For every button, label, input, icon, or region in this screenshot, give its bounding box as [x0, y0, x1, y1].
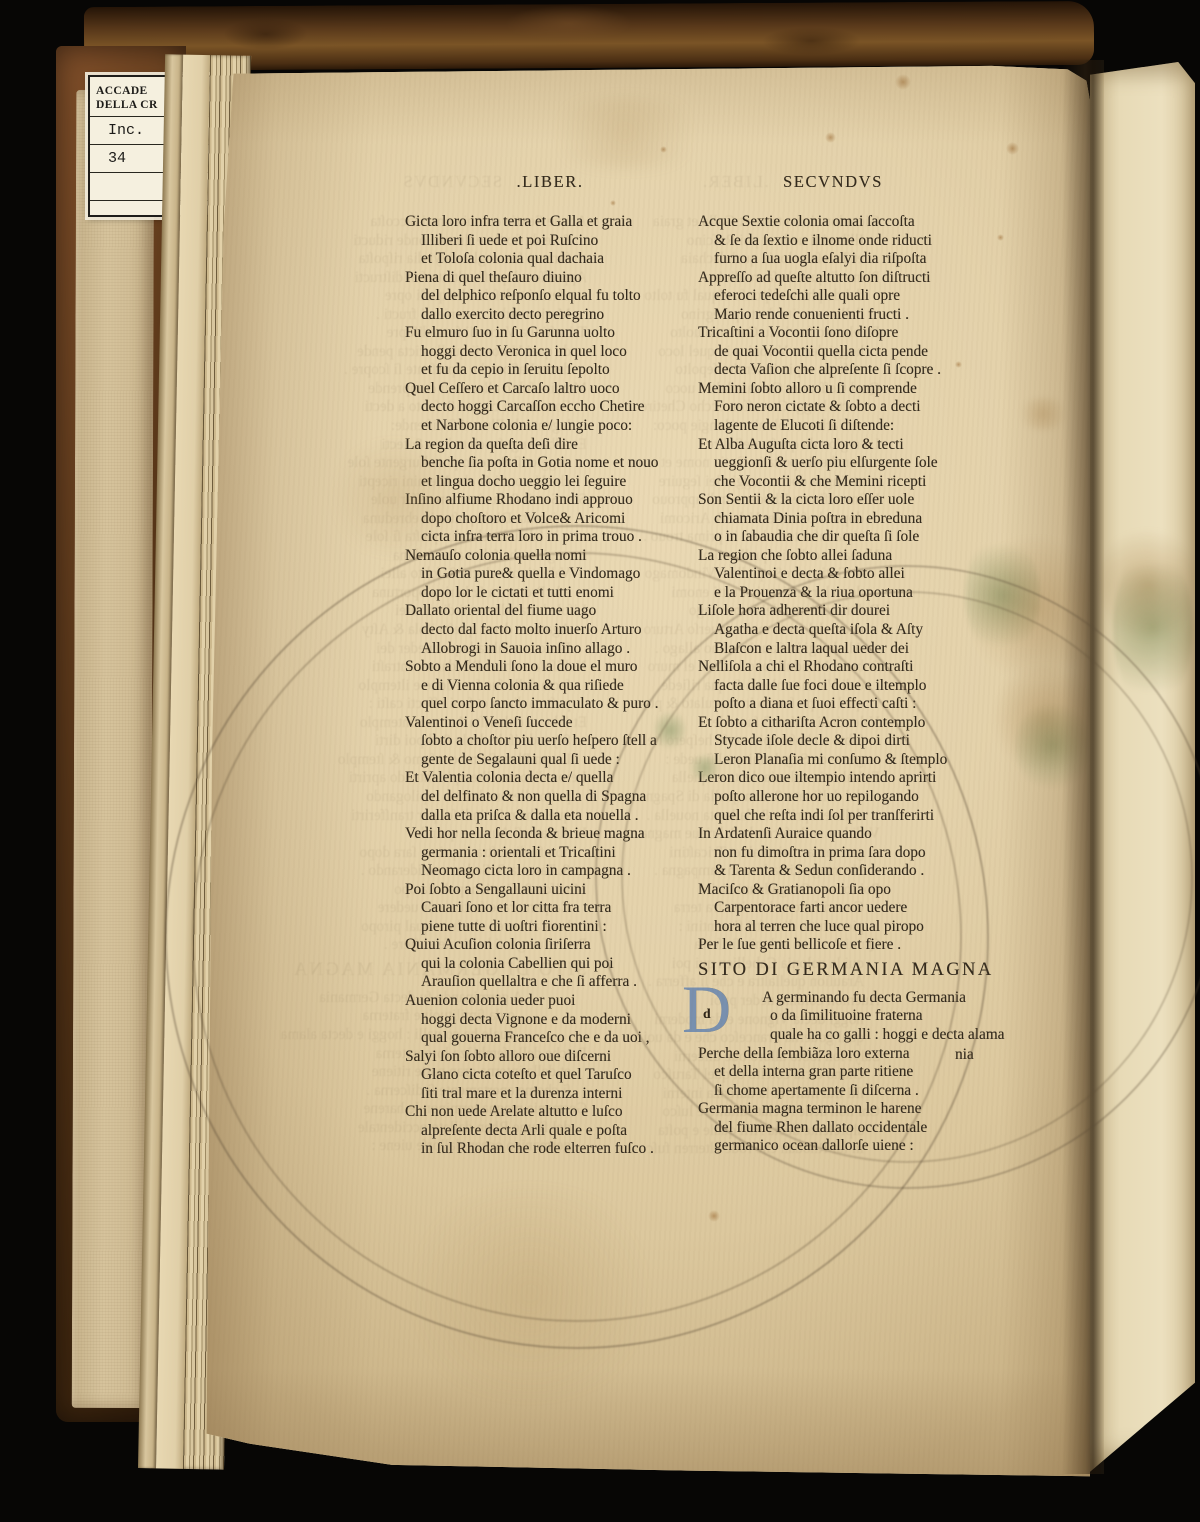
verse-line: et lingua docho ueggio lei ſeguire [405, 473, 685, 492]
verse-line: Acque Sextie colonia omai ſaccoſta [698, 213, 998, 232]
next-leaf [1090, 62, 1195, 1476]
verse-line: ſi chome apertamente ſi diſcerna . [698, 1082, 998, 1101]
verse-line: quel che reſta indi ſol per tranſferirti [698, 807, 998, 826]
verse-block: Acque Sextie colonia omai ſaccoſta& ſe d… [698, 213, 998, 955]
text-column-left: Gicta loro infra terra et Galla et graia… [405, 213, 685, 1159]
verse-line: poſto allerone hor uo repilogando [698, 788, 998, 807]
verse-line: et Narbone colonia e/ lungie poco: [405, 417, 685, 436]
flyleaf [72, 90, 155, 1408]
verse-line: Auenion colonia ueder puoi [405, 992, 685, 1011]
verse-line: qui la colonia Cabellien qui poi [405, 955, 685, 974]
verse-line: Inſino alfiume Rhodano indi approuo [405, 491, 685, 510]
verse-line: quale ha co galli : hoggi e decta alama [698, 1026, 998, 1045]
verse-line: benche ſia poſta in Gotia nome et nouo [405, 454, 685, 473]
verse-line: La region che ſobto allei ſaduna [698, 547, 998, 566]
verse-line: Et Alba Auguſta cicta loro & tecti [698, 436, 998, 455]
verse-line: Mario rende conuenienti fructi . [698, 306, 998, 325]
running-header-left: .LIBER. [495, 172, 605, 192]
verse-line: et della interna gran parte ritiene [698, 1063, 998, 1082]
verse-line: A germinando fu decta Germania [698, 989, 998, 1008]
verse-line: Maciſco & Gratianopoli ſia opo [698, 881, 998, 900]
verse-line: Liſole hora adherenti dir dourei [698, 602, 998, 621]
verse-line: Vedi hor nella ſeconda & brieue magna [405, 825, 685, 844]
verse-line: Leron dico oue iltempio intendo aprirti [698, 769, 998, 788]
verse-line: Perche della ſembiãza loro externa [698, 1045, 998, 1064]
verse-line: Et Valentia colonia decta e/ quella [405, 769, 685, 788]
verse-line: In Ardatenſi Auraice quando [698, 825, 998, 844]
verse-line: quel corpo ſancto immaculato & puro . [405, 695, 685, 714]
verse-line: Neomago cicta loro in campagna . [405, 862, 685, 881]
verse-line: La region da queſta deſi dire [405, 436, 685, 455]
verse-line: Carpentorace farti ancor uedere [698, 899, 998, 918]
verse-line: Stycade iſole decle & dipoi dirti [698, 732, 998, 751]
verse-line: dopo lor le cictati et tutti enomi [405, 584, 685, 603]
verse-line: piene tutte di uoſtri fiorentini : [405, 918, 685, 937]
verse-line: ſobto a choſtor piu uerſo heſpero ſtell … [405, 732, 685, 751]
verse-line: dopo choſtoro et Volce& Aricomi [405, 510, 685, 529]
verse-line: Poi ſobto a Sengallauni uicini [405, 881, 685, 900]
verse-line: hora al terren che luce qual piropo [698, 918, 998, 937]
verse-line: e la Prouenza & la riua oportuna [698, 584, 998, 603]
main-page: .LIBER. SECVNDVS Gicta loro infra terra … [195, 58, 1090, 1482]
verse-line: Nelliſola a chi el Rhodano contraſti [698, 658, 998, 677]
verse-line: in Gotia pure& quella e Vindomago [405, 565, 685, 584]
initial-guide-letter: d [703, 1006, 711, 1022]
verse-line: Valentinoi e decta & ſobto allei [698, 565, 998, 584]
verse-line: germanico ocean dallorſe uiene : [698, 1137, 998, 1156]
verse-line: Valentinoi o Veneſi ſuccede [405, 714, 685, 733]
verse-line: non fu dimoſtra in prima ſara dopo [698, 844, 998, 863]
verse-line: Fu elmuro ſuo in ſu Garunna uolto [405, 324, 685, 343]
verse-line: Appreſſo ad queſte altutto ſon diſtructi [698, 269, 998, 288]
verse-line: Salyi ſon ſobto alloro oue diſcerni [405, 1048, 685, 1067]
verse-line: Gicta loro infra terra et Galla et graia [405, 213, 685, 232]
verse-line: o da ſimilituoine fraterna [698, 1007, 998, 1026]
verse-line: facta dalle ſue foci doue e iltemplo [698, 677, 998, 696]
illuminated-initial-d: D d [682, 984, 736, 1040]
verse-line: in ſul Rhodan che rode elterren fuſco . [405, 1140, 685, 1159]
verse-line: et fu da cepio in ſeruitu ſepolto [405, 361, 685, 380]
verse-line: Leron Planaſia mi conſumo & ſtemplo [698, 751, 998, 770]
verse-line: Arauſion quellaltra e che ſi afferra . [405, 973, 685, 992]
verse-line: et Toloſa colonia qual dachaia [405, 250, 685, 269]
verse-line: del delfinato & non quella di Spagna [405, 788, 685, 807]
verse-line: Piena di quel theſauro diuino [405, 269, 685, 288]
verse-line: Memini ſobto alloro u ſi comprende [698, 380, 998, 399]
verse-line: dalla eta priſca & dalla eta nouella . [405, 807, 685, 826]
verse-line: e di Vienna colonia & qua riſiede [405, 677, 685, 696]
verse-line: decto hoggi Carcaſſon eccho Chetire [405, 398, 685, 417]
verse-line: Cauari ſono et lor citta fra terra [405, 899, 685, 918]
margin-catchword: nia [955, 1046, 974, 1064]
verse-line: gente de Segalauni qual ſi uede : [405, 751, 685, 770]
verse-line: eferoci tedeſchi alle quali opre [698, 287, 998, 306]
verse-line: Quiui Acuſion colonia ſiriſerra [405, 936, 685, 955]
verse-line: che Vocontii & che Memini ricepti [698, 473, 998, 492]
verse-line: Illiberi ſi uede et poi Ruſcino [405, 232, 685, 251]
verse-line: lagente de Elucoti ſi diſtende: [698, 417, 998, 436]
verse-line: ueggionſi & uerſo piu elſurgente ſole [698, 454, 998, 473]
verse-line: cicta infra terra loro in prima trouo . [405, 528, 685, 547]
verse-line: Son Sentii & la cicta loro eſſer uole [698, 491, 998, 510]
verse-line: alpreſente decta Arli quale e poſta [405, 1122, 685, 1141]
verse-line: hoggi decto Veronica in quel loco [405, 343, 685, 362]
verse-line: qual gouerna Franceſco che e da uoi , [405, 1029, 685, 1048]
verse-line: & ſe da ſextio e ilnome onde riducti [698, 232, 998, 251]
running-header-right: SECVNDVS [783, 172, 883, 192]
germania-verse-block: A germinando fu decta Germaniao da ſimil… [698, 989, 998, 1156]
verse-line: Blaſcon e laltra laqual ueder dei [698, 640, 998, 659]
verse-line: ſiti tral mare et la durenza interni [405, 1085, 685, 1104]
verse-line: Nemauſo colonia quella nomi [405, 547, 685, 566]
verse-line: Dallato oriental del fiume uago [405, 602, 685, 621]
verse-line: decta Vaſion che alpreſente ſi ſcopre . [698, 361, 998, 380]
verse-line: Chi non uede Arelate altutto e luſco [405, 1103, 685, 1122]
verse-line: Glano cicta coteſto et quel Taruſco [405, 1066, 685, 1085]
verse-line: Sobto a Menduli ſono la doue el muro [405, 658, 685, 677]
verse-line: hoggi decta Vignone e da moderni [405, 1011, 685, 1030]
printed-text-layer: .LIBER. SECVNDVS Gicta loro infra terra … [195, 58, 1090, 1482]
verse-line: dallo exercito decto peregrino [405, 306, 685, 325]
section-heading: SITO DI GERMANIA MAGNA [698, 957, 998, 983]
verse-line: o in ſabaudia che dir queſta ſi ſole [698, 528, 998, 547]
verse-line: Agatha e decta queſta iſola & Aſty [698, 621, 998, 640]
verse-line: germania : orientali et Tricaſtini [405, 844, 685, 863]
verse-line: Tricaſtini a Vocontii ſono diſopre [698, 324, 998, 343]
verse-line: Allobrogi in Sauoia inſino allago . [405, 640, 685, 659]
verse-line: & Tarenta & Sedun conſiderando . [698, 862, 998, 881]
verse-line: Per le ſue genti bellicoſe et fiere . [698, 936, 998, 955]
verse-line: decto dal facto molto inuerſo Arturo [405, 621, 685, 640]
verse-line: Foro neron cictate & ſobto a decti [698, 398, 998, 417]
verse-line: del fiume Rhen dallato occidentale [698, 1119, 998, 1138]
verse-line: Quel Ceſſero et Carcaſo laltro uoco [405, 380, 685, 399]
verse-line: Germania magna terminon le harene [698, 1100, 998, 1119]
verse-line: de quai Vocontii quella cicta pende [698, 343, 998, 362]
verse-line: poſto a diana et ſuoi effecti caſti : [698, 695, 998, 714]
verse-line: del delphico reſponſo elqual fu tolto [405, 287, 685, 306]
verse-line: chiamata Dinia poſtra in ebreduna [698, 510, 998, 529]
verse-line: Et ſobto a cithariſta Acron contemplo [698, 714, 998, 733]
text-column-right: Acque Sextie colonia omai ſaccoſta& ſe d… [698, 213, 998, 1156]
verse-line: furno a ſua uogla eſalyi dia riſpoſta [698, 250, 998, 269]
book-photo: ACCADE DELLA CR Inc. 34 .LIBER. SECVNDVS… [0, 0, 1200, 1522]
